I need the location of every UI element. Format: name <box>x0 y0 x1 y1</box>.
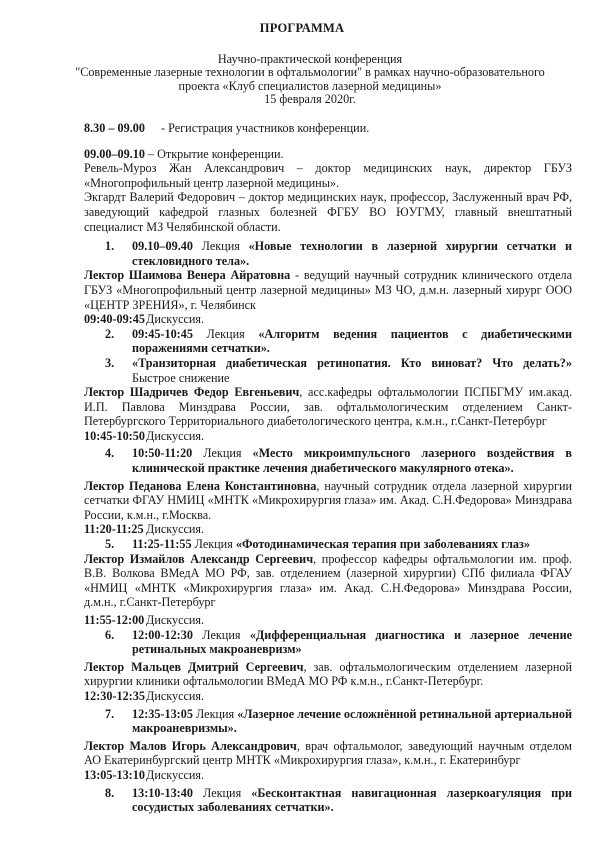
discussion-time: 11:55-12:00 <box>84 613 146 628</box>
lecture-time: 11:25-11:55 <box>132 537 192 551</box>
lecture-number: 4. <box>105 446 114 461</box>
discussion-row: 11:55-12:00Дискуссия. <box>84 613 572 628</box>
discussion-label: Дискуссия. <box>146 312 204 326</box>
registration-time: 8.30 – 09.00 <box>84 121 144 136</box>
lecture-item: 2. 09:45-10:45 Лекция «Алгоритм ведения … <box>84 327 572 356</box>
registration-text: - Регистрация участников конференции. <box>161 121 369 135</box>
program-body: 8.30 – 09.00 - Регистрация участников ко… <box>84 121 572 815</box>
opening-speaker: Ревель-Муроз Жан Александрович – доктор … <box>84 161 572 190</box>
lecture-topic: «Транзиторная диабетическая ретинопатия.… <box>132 356 572 370</box>
discussion-time: 12:30-12:35 <box>84 689 146 704</box>
lecture-topic-tail: Быстрое снижение <box>132 371 229 385</box>
lecturer-name: Лектор Шаимова Венера Айратовна <box>84 268 290 282</box>
discussion-time: 13:05-13:10 <box>84 768 146 783</box>
discussion-time: 10:45-10:50 <box>84 429 146 444</box>
lecture-time: 13:10-13:40 <box>132 786 193 800</box>
lecture-time: 09.10–09.40 <box>132 239 193 253</box>
subtitle-line: проекта «Клуб специалистов лазерной меди… <box>60 80 560 93</box>
lecture-item: 8. 13:10-13:40 Лекция «Бесконтактная нав… <box>84 786 572 815</box>
lecturer-info: Лектор Измайлов Александр Сергеевич, про… <box>84 552 572 610</box>
lecturer-info: Лектор Малов Игорь Александрович, врач о… <box>84 739 572 768</box>
lecturer-name: Лектор Мальцев Дмитрий Сергеевич <box>84 660 303 674</box>
subtitle-line: "Современные лазерные технологии в офтал… <box>60 66 560 79</box>
lecture-item: 4. 10:50-11:20 Лекция «Место микроимпуль… <box>84 446 572 475</box>
lecture-kind: Лекция <box>193 628 250 642</box>
document-title: ПРОГРАММА <box>0 21 604 36</box>
discussion-row: 10:45-10:50Дискуссия. <box>84 429 572 444</box>
opening-row: 09.00–09.10 – Открытие конференции. <box>84 147 572 162</box>
lecturer-info: Лектор Шаимова Венера Айратовна - ведущи… <box>84 268 572 312</box>
lecture-number: 5. <box>105 537 114 552</box>
opening-text: – Открытие конференции. <box>145 147 284 161</box>
lecture-number: 7. <box>105 707 114 722</box>
lecture-kind: Лекция <box>193 707 237 721</box>
lecture-kind: Лекция <box>193 239 249 253</box>
discussion-time: 11:20-11:25 <box>84 522 146 537</box>
lecture-number: 6. <box>105 628 114 643</box>
lecturer-name: Лектор Малов Игорь Александрович <box>84 739 297 753</box>
program-page: ПРОГРАММА Научно-практической конференци… <box>0 0 604 854</box>
lecture-item: 1. 09.10–09.40 Лекция «Новые технологии … <box>84 239 572 268</box>
lecture-item: 6. 12:00-12:30 Лекция «Дифференциальная … <box>84 628 572 657</box>
lecture-number: 8. <box>105 786 114 801</box>
lecturer-name: Лектор Педанова Елена Константиновна <box>84 479 316 493</box>
lecture-item: 5. 11:25-11:55 Лекция «Фотодинамическая … <box>84 537 572 552</box>
discussion-label: Дискуссия. <box>146 522 204 536</box>
lecture-time: 12:35-13:05 <box>132 707 193 721</box>
discussion-row: 11:20-11:25Дискуссия. <box>84 522 572 537</box>
lecture-topic: «Фотодинамическая терапия при заболевани… <box>236 537 530 551</box>
discussion-label: Дискуссия. <box>146 689 204 703</box>
lecture-item: 3. «Транзиторная диабетическая ретинопат… <box>84 356 572 385</box>
lecturer-info: Лектор Шадричев Федор Евгеньевич, асс.ка… <box>84 385 572 429</box>
subtitle-line: Научно-практической конференция <box>60 53 560 66</box>
lecturer-name: Лектор Шадричев Федор Евгеньевич <box>84 385 299 399</box>
opening-time: 09.00–09.10 <box>84 147 145 161</box>
discussion-row: 09:40-09:45Дискуссия. <box>84 312 572 327</box>
opening-speaker: Экгардт Валерий Федорович – доктор медиц… <box>84 190 572 234</box>
lecture-time: 12:00-12:30 <box>132 628 193 642</box>
lecture-kind: Лекция <box>192 446 252 460</box>
conference-date: 15 февраля 2020г. <box>60 93 560 106</box>
discussion-label: Дискуссия. <box>146 768 204 782</box>
lecture-number: 2. <box>105 327 114 342</box>
lecture-kind: Лекция <box>193 327 258 341</box>
lecture-kind: Лекция <box>193 786 251 800</box>
discussion-label: Дискуссия. <box>146 613 204 627</box>
lecture-kind: Лекция <box>192 537 236 551</box>
conference-subtitle: Научно-практической конференция "Совреме… <box>60 53 560 107</box>
registration-row: 8.30 – 09.00 - Регистрация участников ко… <box>84 121 572 136</box>
discussion-row: 12:30-12:35Дискуссия. <box>84 689 572 704</box>
lecturer-info: Лектор Педанова Елена Константиновна, на… <box>84 479 572 523</box>
lecture-item: 7. 12:35-13:05 Лекция «Лазерное лечение … <box>84 707 572 736</box>
discussion-time: 09:40-09:45 <box>84 312 146 327</box>
lecture-number: 3. <box>105 356 114 371</box>
discussion-label: Дискуссия. <box>146 429 204 443</box>
discussion-row: 13:05-13:10Дискуссия. <box>84 768 572 783</box>
lecturer-name: Лектор Измайлов Александр Сергеевич <box>84 552 313 566</box>
lecturer-info: Лектор Мальцев Дмитрий Сергеевич, зав. о… <box>84 660 572 689</box>
lecture-time: 09:45-10:45 <box>132 327 193 341</box>
lecture-number: 1. <box>105 239 114 254</box>
lecture-time: 10:50-11:20 <box>132 446 192 460</box>
